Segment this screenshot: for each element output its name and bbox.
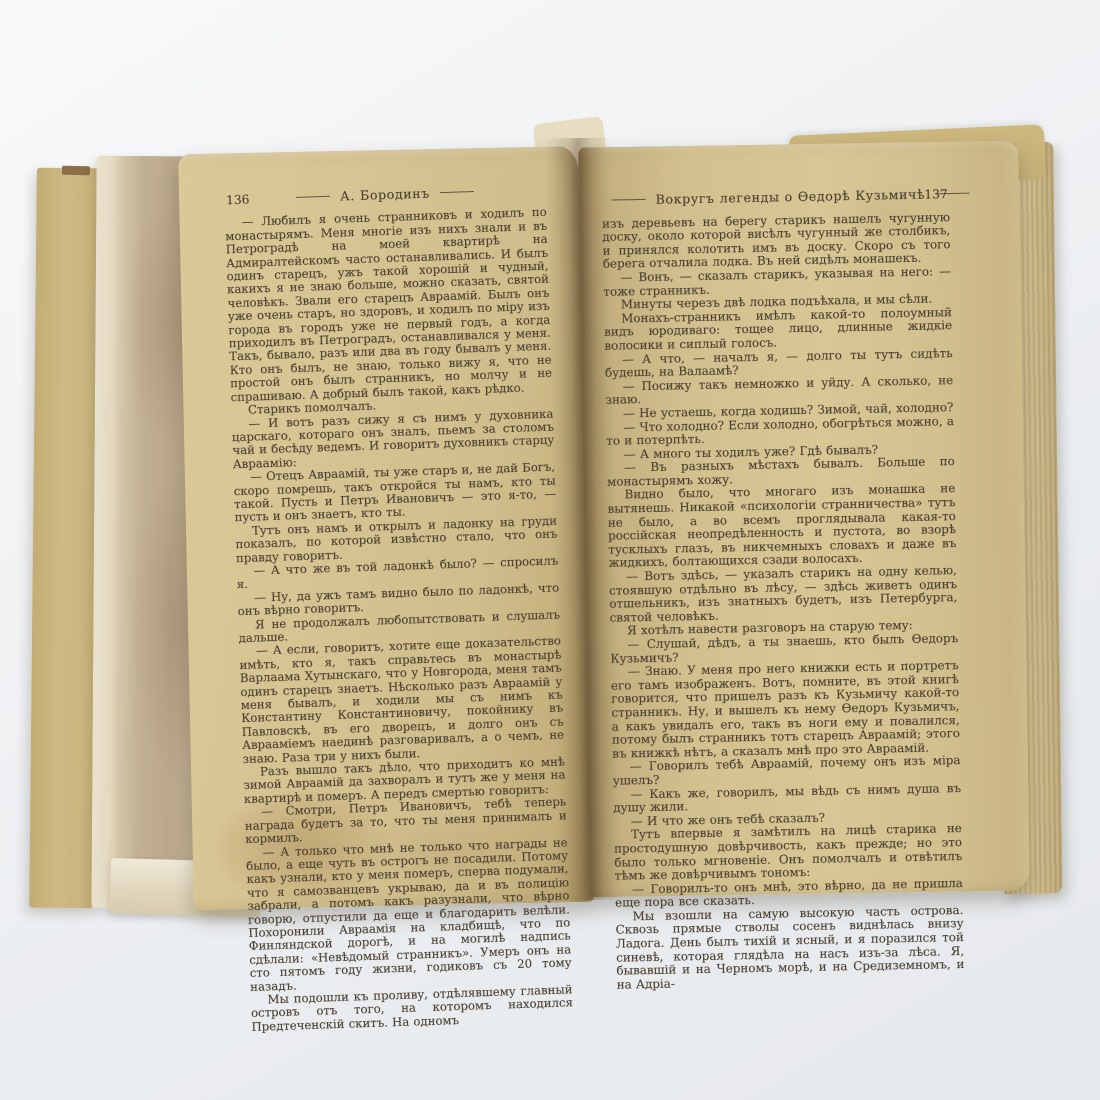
paragraph: — А если, говоритъ, хотите еще доказател…	[239, 635, 565, 766]
right-running-title: Вокругъ легенды о Ѳедорѣ Кузьмичѣ	[655, 187, 925, 207]
header-rule-right	[440, 191, 474, 193]
paragraph: Мы подошли къ проливу, отдѣлявшему главн…	[250, 983, 573, 1034]
left-page-number: 136	[226, 193, 250, 207]
paragraph: — Вотъ здѣсь, — указалъ старикъ на одну …	[609, 564, 958, 625]
left-page-text: 136 А. Бородинъ — Любилъ я очень странни…	[224, 183, 574, 1034]
left-running-header: 136 А. Бородинъ	[224, 183, 546, 207]
right-page-paragraphs: изъ деревьевъ на берегу старикъ нашелъ ч…	[602, 211, 965, 992]
left-page-paragraphs: — Любилъ я очень странниковъ и ходилъ по…	[225, 206, 574, 1034]
right-page-number: 137	[924, 188, 948, 202]
paragraph: — Знаю. У меня про него книжки есть и по…	[611, 659, 961, 761]
paragraph: изъ деревьевъ на берегу старикъ нашелъ ч…	[602, 211, 951, 272]
book-photo: 136 А. Бородинъ — Любилъ я очень странни…	[0, 0, 1100, 1100]
right-page: Вокругъ легенды о Ѳедорѣ Кузьмичѣ 137 из…	[578, 141, 1030, 898]
header-rule-left	[612, 198, 646, 200]
header-rule-left	[296, 195, 330, 197]
left-page: 136 А. Бородинъ — Любилъ я очень странни…	[178, 146, 594, 910]
left-running-title: А. Бородинъ	[340, 185, 430, 203]
paragraph: Мы взошли на самую высокую часть острова…	[615, 904, 965, 992]
book-back-cover-edge	[29, 168, 101, 909]
right-page-text: Вокругъ легенды о Ѳедорѣ Кузьмичѣ 137 из…	[601, 187, 964, 992]
paragraph: Видно было, что многаго изъ монашка не в…	[607, 482, 957, 570]
paragraph: Тутъ впервые я замѣтилъ на лицѣ старика …	[614, 822, 963, 883]
paragraph: — Любилъ я очень странниковъ и ходилъ по…	[225, 206, 553, 404]
paragraph: — А только что мнѣ не только что награды…	[245, 836, 572, 994]
book-spine-fragment	[62, 166, 90, 176]
right-running-header: Вокругъ легенды о Ѳедорѣ Кузьмичѣ 137	[601, 187, 949, 207]
